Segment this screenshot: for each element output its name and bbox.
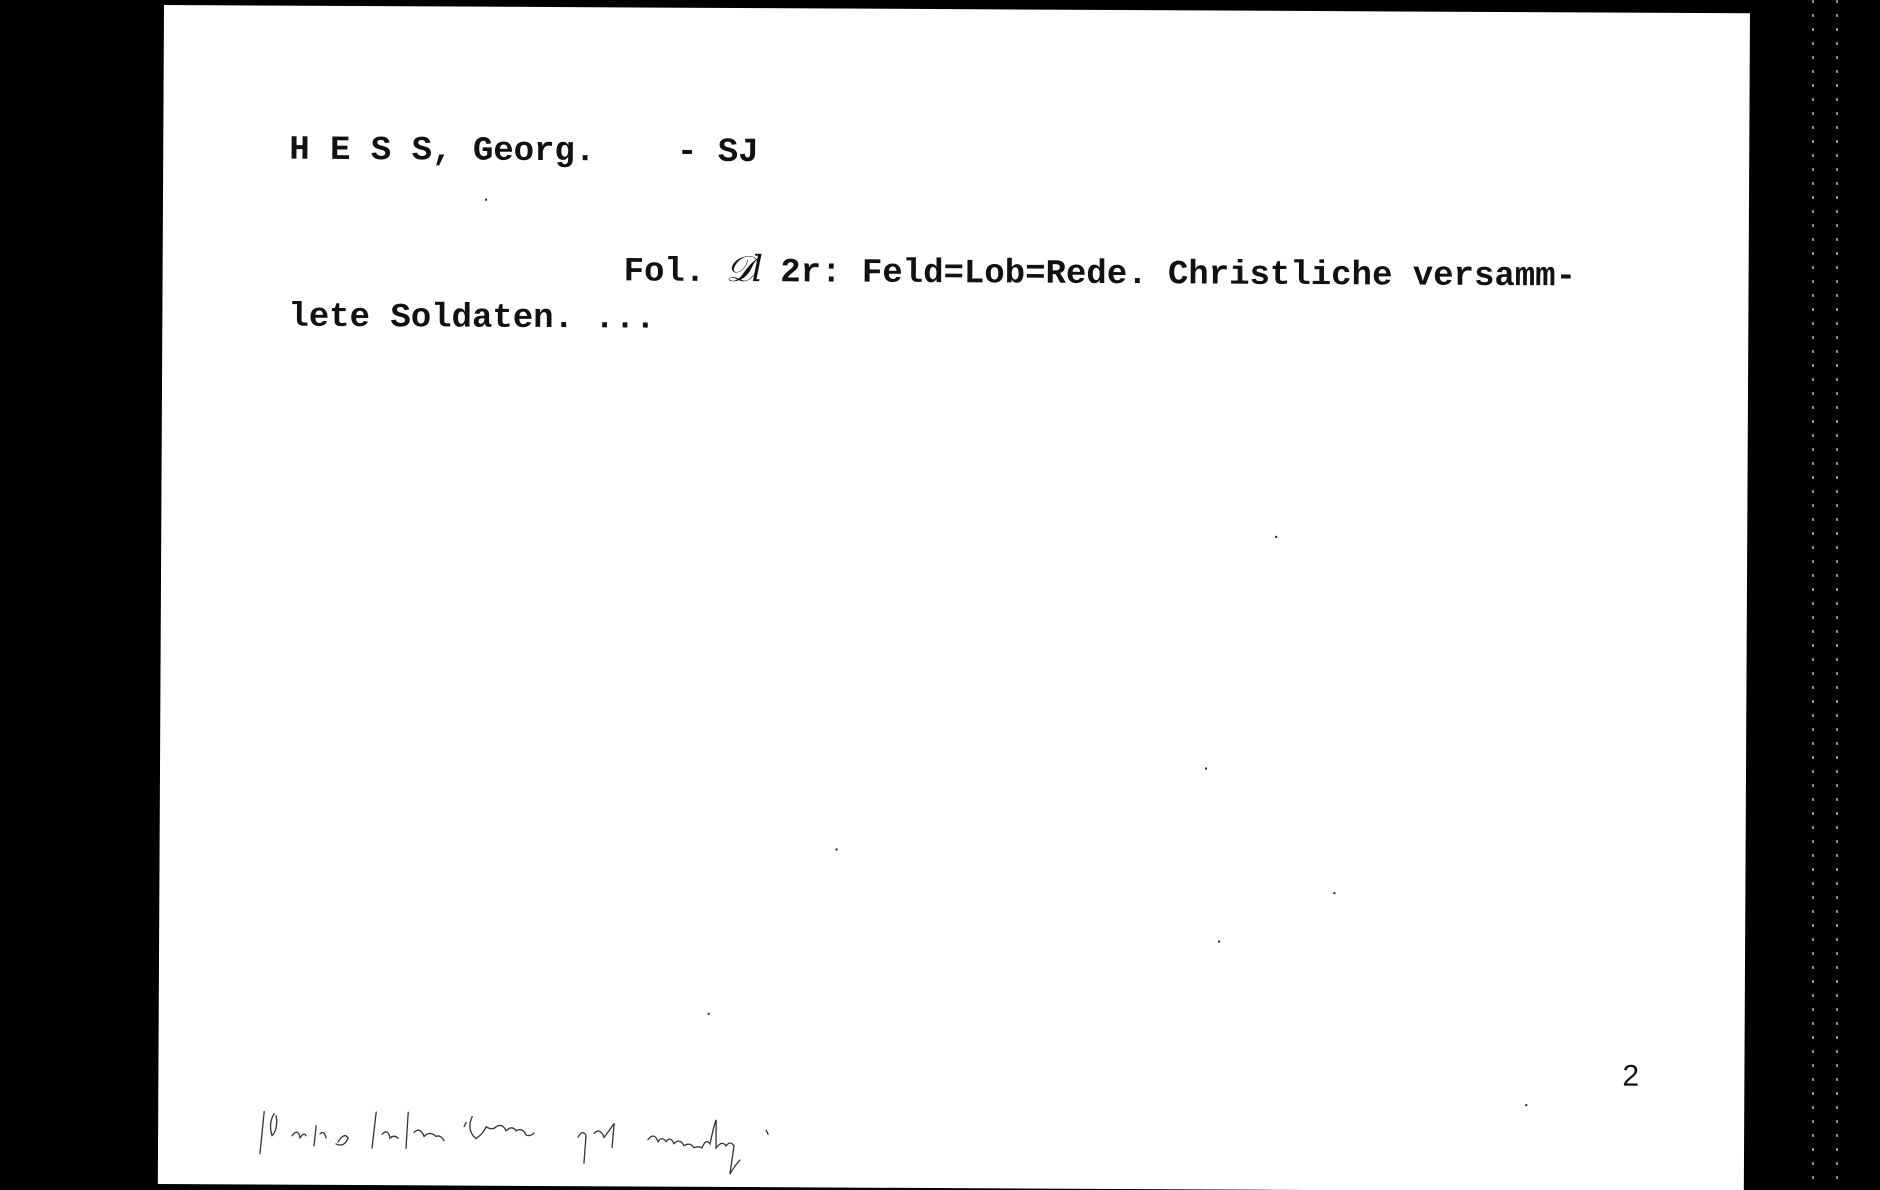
header-separator: - (677, 134, 698, 172)
handwriting-strokes (258, 1098, 1198, 1183)
scan-speck (485, 199, 487, 201)
scan-speck (836, 849, 838, 851)
author-name: H E S S, Georg. (289, 132, 595, 172)
catalog-card: H E S S, Georg. - SJ Fol. 𝒟l 2r: Feld=Lo… (158, 5, 1750, 1190)
scan-speck (1275, 536, 1277, 538)
scan-speck (1525, 1104, 1527, 1106)
entry-title-start: 2r: Feld=Lob=Rede. Christliche versamm- (780, 254, 1576, 296)
scan-artifact-line (1836, 0, 1838, 1190)
entry-line-1: Fol. 𝒟l 2r: Feld=Lob=Rede. Christliche v… (624, 252, 1577, 294)
religious-order: SJ (718, 134, 759, 172)
scan-speck (708, 1013, 710, 1015)
scan-speck (1205, 767, 1207, 769)
folio-prefix: Fol. (624, 253, 706, 291)
card-number: 2 (1622, 1060, 1639, 1094)
handwritten-note: Rücken-Sommer ... (illegible handwritten… (258, 1098, 1198, 1183)
entry-line-2: lete Soldaten. ... (288, 301, 655, 337)
scan-artifact-line (1812, 0, 1814, 1190)
card-header: H E S S, Georg. - SJ (289, 134, 758, 170)
scan-speck (1333, 892, 1335, 894)
scan-viewport: H E S S, Georg. - SJ Fol. 𝒟l 2r: Feld=Lo… (0, 0, 1880, 1190)
script-mark: 𝒟l (726, 249, 760, 290)
scan-speck (1218, 941, 1220, 943)
